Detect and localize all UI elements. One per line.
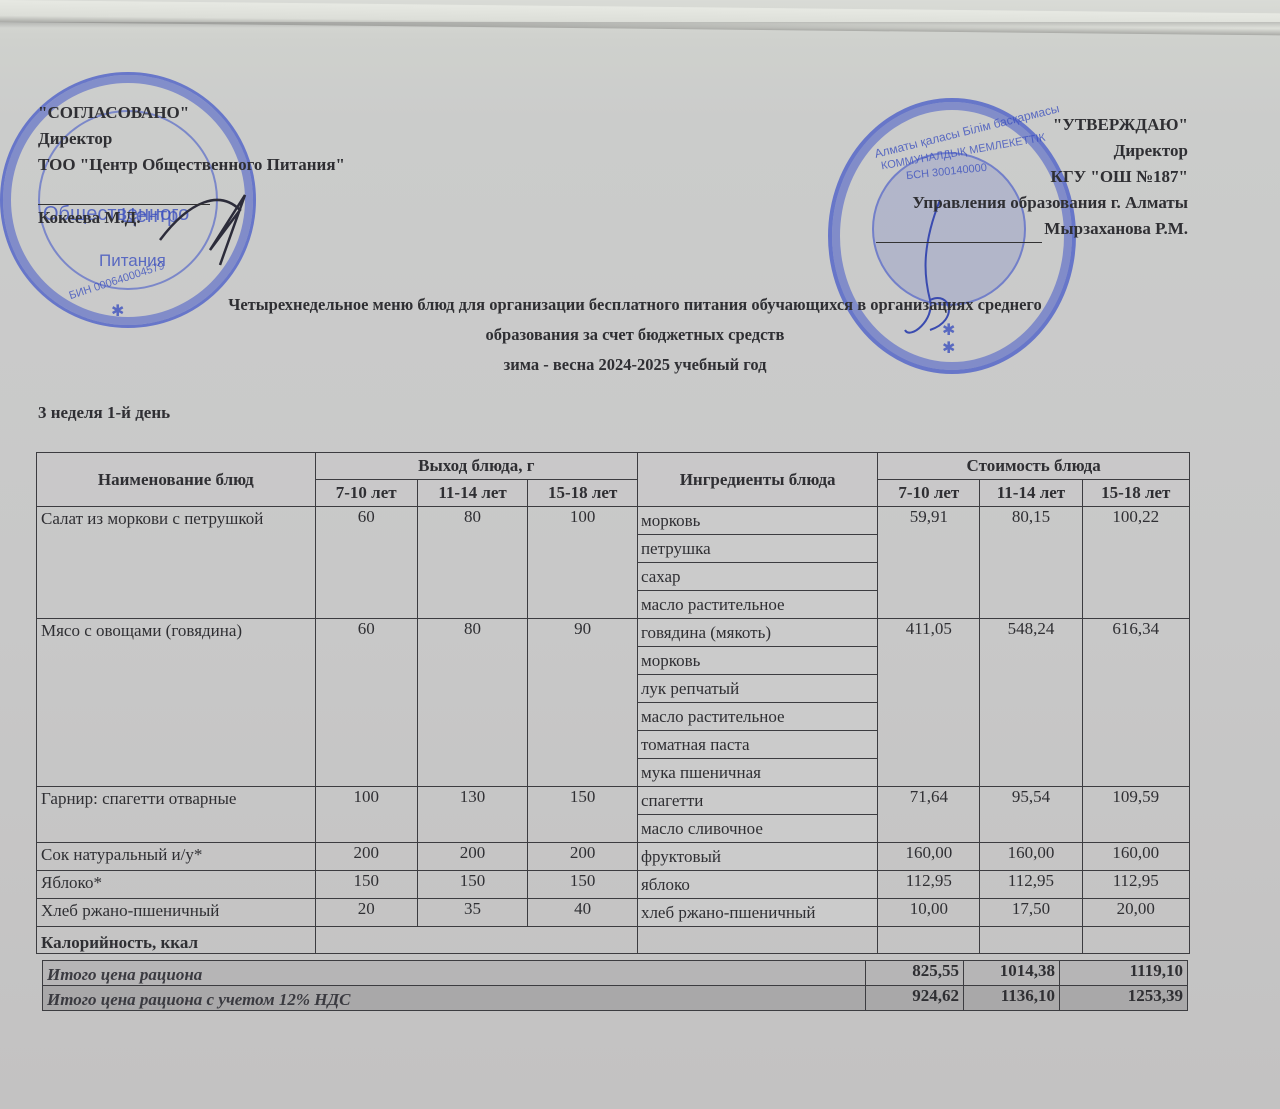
dish-yield-age-1: 200 — [315, 843, 417, 871]
dish-cost-age-1: 411,05 — [878, 619, 980, 787]
dish-cost-age-3: 160,00 — [1082, 843, 1190, 871]
dish-yield-age-2: 150 — [417, 871, 528, 899]
totals-value-age-2: 1014,38 — [964, 961, 1060, 986]
table-row: Мясо с овощами (говядина)608090говядина … — [37, 619, 1190, 647]
dish-name: Хлеб ржано-пшеничный — [37, 899, 316, 927]
table-row: Салат из моркови с петрушкой6080100морко… — [37, 507, 1190, 535]
header-yield-age-1: 7-10 лет — [315, 480, 417, 507]
header-yield-age-2: 11-14 лет — [417, 480, 528, 507]
signature-line — [38, 178, 345, 205]
ingredient: спагетти — [637, 787, 877, 815]
paper-top-edge — [0, 0, 1280, 35]
dish-name: Яблоко* — [37, 871, 316, 899]
empty-cell — [878, 927, 980, 954]
title-line-3: зима - весна 2024-2025 учебный год — [80, 350, 1190, 380]
dish-cost-age-2: 17,50 — [980, 899, 1082, 927]
calories-value — [315, 927, 637, 954]
approval-right-title: "УТВЕРЖДАЮ" — [876, 112, 1188, 138]
ingredient: сахар — [637, 563, 877, 591]
menu-table-body: Салат из моркови с петрушкой6080100морко… — [37, 507, 1190, 954]
totals-value-age-1: 825,55 — [866, 961, 964, 986]
dish-cost-age-1: 71,64 — [878, 787, 980, 843]
dish-cost-age-2: 80,15 — [980, 507, 1082, 619]
calories-row: Калорийность, ккал — [37, 927, 1190, 954]
header-ingredients: Ингредиенты блюда — [637, 453, 877, 507]
dish-yield-age-1: 60 — [315, 507, 417, 619]
header-cost-age-2: 11-14 лет — [980, 480, 1082, 507]
dish-yield-age-3: 90 — [528, 619, 638, 787]
totals-vat-label: Итого цена рациона с учетом 12% НДС — [43, 986, 866, 1011]
dish-name: Мясо с овощами (говядина) — [37, 619, 316, 787]
dish-yield-age-2: 130 — [417, 787, 528, 843]
dish-cost-age-2: 548,24 — [980, 619, 1082, 787]
dish-yield-age-3: 100 — [528, 507, 638, 619]
table-row: Сок натуральный и/у*200200200фруктовый16… — [37, 843, 1190, 871]
ingredient: петрушка — [637, 535, 877, 563]
approval-left-position: Директор — [38, 126, 345, 152]
dish-yield-age-1: 60 — [315, 619, 417, 787]
totals-vat-row: Итого цена рациона с учетом 12% НДС 924,… — [43, 986, 1188, 1011]
dish-yield-age-2: 80 — [417, 507, 528, 619]
dish-yield-age-2: 80 — [417, 619, 528, 787]
totals-value-age-3: 1119,10 — [1060, 961, 1188, 986]
totals-table: Итого цена рациона 825,55 1014,38 1119,1… — [42, 960, 1188, 1011]
ingredient: лук репчатый — [637, 675, 877, 703]
paper-fold-shadow — [0, 22, 1280, 28]
dish-cost-age-1: 10,00 — [878, 899, 980, 927]
document-title: Четырехнедельное меню блюд для организац… — [80, 290, 1190, 380]
dish-yield-age-3: 150 — [528, 787, 638, 843]
ingredient: морковь — [637, 647, 877, 675]
ingredient: томатная паста — [637, 731, 877, 759]
ingredient: морковь — [637, 507, 877, 535]
dish-yield-age-1: 100 — [315, 787, 417, 843]
approval-left-organization: ТОО "Центр Общественного Питания" — [38, 152, 345, 178]
approval-right-department: Управления образования г. Алматы — [876, 190, 1188, 216]
dish-name: Гарнир: спагетти отварные — [37, 787, 316, 843]
totals-row: Итого цена рациона 825,55 1014,38 1119,1… — [43, 961, 1188, 986]
empty-cell — [637, 927, 877, 954]
ingredient: масло растительное — [637, 703, 877, 731]
dish-name: Сок натуральный и/у* — [37, 843, 316, 871]
approval-right-organization: КГУ "ОШ №187" — [876, 164, 1188, 190]
approval-left: "СОГЛАСОВАНО" Директор ТОО "Центр Общест… — [38, 100, 345, 231]
dish-cost-age-2: 160,00 — [980, 843, 1082, 871]
calories-label: Калорийность, ккал — [37, 927, 316, 954]
table-row: Яблоко*150150150яблоко112,95112,95112,95 — [37, 871, 1190, 899]
dish-yield-age-2: 35 — [417, 899, 528, 927]
dish-cost-age-2: 112,95 — [980, 871, 1082, 899]
empty-cell — [980, 927, 1082, 954]
dish-yield-age-1: 20 — [315, 899, 417, 927]
ingredient: мука пшеничная — [637, 759, 877, 787]
dish-cost-age-3: 112,95 — [1082, 871, 1190, 899]
totals-vat-value-age-2: 1136,10 — [964, 986, 1060, 1011]
ingredient: хлеб ржано-пшеничный — [637, 899, 877, 927]
totals-vat-value-age-3: 1253,39 — [1060, 986, 1188, 1011]
dish-cost-age-3: 109,59 — [1082, 787, 1190, 843]
dish-yield-age-3: 40 — [528, 899, 638, 927]
approval-right: "УТВЕРЖДАЮ" Директор КГУ "ОШ №187" Управ… — [876, 112, 1188, 243]
dish-cost-age-3: 100,22 — [1082, 507, 1190, 619]
totals-vat-value-age-1: 924,62 — [866, 986, 964, 1011]
empty-cell — [1082, 927, 1190, 954]
dish-yield-age-3: 200 — [528, 843, 638, 871]
header-yield: Выход блюда, г — [315, 453, 637, 480]
dish-cost-age-3: 20,00 — [1082, 899, 1190, 927]
header-cost: Стоимость блюда — [878, 453, 1190, 480]
ingredient: фруктовый — [637, 843, 877, 871]
dish-yield-age-1: 150 — [315, 871, 417, 899]
header-cost-age-3: 15-18 лет — [1082, 480, 1190, 507]
day-label: 3 неделя 1-й день — [38, 403, 170, 423]
title-line-1: Четырехнедельное меню блюд для организац… — [80, 290, 1190, 320]
dish-cost-age-3: 616,34 — [1082, 619, 1190, 787]
ingredient: масло сливочное — [637, 815, 877, 843]
dish-name: Салат из моркови с петрушкой — [37, 507, 316, 619]
ingredient: говядина (мякоть) — [637, 619, 877, 647]
header-yield-age-3: 15-18 лет — [528, 480, 638, 507]
totals-label: Итого цена рациона — [43, 961, 866, 986]
title-line-2: образования за счет бюджетных средств — [80, 320, 1190, 350]
approval-left-title: "СОГЛАСОВАНО" — [38, 100, 345, 126]
dish-cost-age-1: 160,00 — [878, 843, 980, 871]
approval-right-signature-row: Мырзаханова Р.М. — [876, 216, 1188, 243]
table-row: Гарнир: спагетти отварные100130150спагет… — [37, 787, 1190, 815]
dish-cost-age-1: 59,91 — [878, 507, 980, 619]
ingredient: масло растительное — [637, 591, 877, 619]
ingredient: яблоко — [637, 871, 877, 899]
dish-cost-age-2: 95,54 — [980, 787, 1082, 843]
table-row: Хлеб ржано-пшеничный203540хлеб ржано-пше… — [37, 899, 1190, 927]
approval-left-signatory: Кокеева М.Д. — [38, 205, 345, 231]
table-header-row: Наименование блюд Выход блюда, г Ингреди… — [37, 453, 1190, 480]
dish-cost-age-1: 112,95 — [878, 871, 980, 899]
header-cost-age-1: 7-10 лет — [878, 480, 980, 507]
approval-right-signatory: Мырзаханова Р.М. — [1044, 219, 1188, 238]
dish-yield-age-2: 200 — [417, 843, 528, 871]
dish-yield-age-3: 150 — [528, 871, 638, 899]
header-dish-name: Наименование блюд — [37, 453, 316, 507]
menu-table: Наименование блюд Выход блюда, г Ингреди… — [36, 452, 1190, 954]
approval-right-position: Директор — [876, 138, 1188, 164]
